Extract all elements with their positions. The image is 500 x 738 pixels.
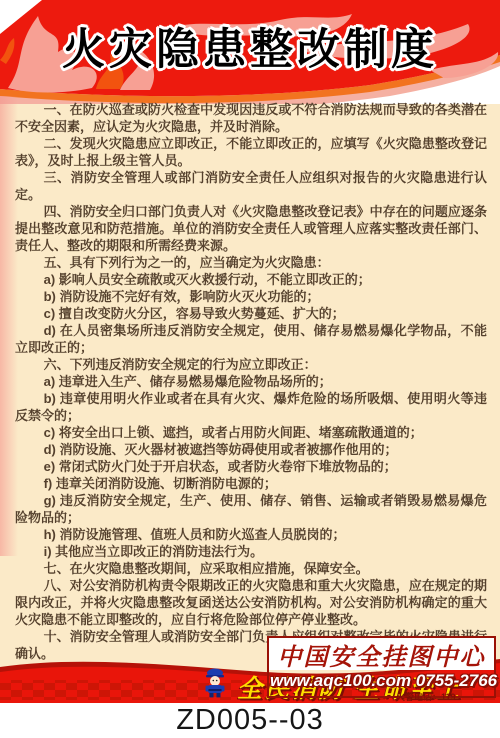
poster-paragraph: 一、在防火巡查或防火检查中发现因违反或不符合消防法规而导致的各类潜在不安全因素，…	[15, 101, 487, 135]
poster-paragraph: c) 擅自改变防火分区，容易导致火势蔓延、扩大的；	[15, 305, 487, 322]
regulation-text: 一、在防火巡查或防火检查中发现因违反或不符合消防法规而导致的各类潜在不安全因素，…	[0, 99, 500, 657]
poster-paragraph: 四、消防安全归口部门负责人对《火灾隐患整改登记表》中存在的问题应逐条提出整改意见…	[15, 203, 487, 254]
poster-paragraph: d) 在人员密集场所违反消防安全规定，使用、储存易燃易爆化学物品，不能立即改正的…	[15, 322, 487, 356]
poster-paragraph: h) 消防设施管理、值班人员和防火巡查人员脱岗的；	[15, 526, 487, 543]
header-banner: 火灾隐患整改制度	[0, 0, 500, 104]
fire-phone-number: 火警电话：119	[396, 690, 456, 703]
poster-paragraph: 八、对公安消防机构责令限期改正的火灾隐患和重大火灾隐患，应在规定的期限内改正，并…	[15, 577, 487, 628]
poster-paragraph: b) 违章使用明火作业或者在具有火灾、爆炸危险的场所吸烟、使用明火等违反禁令的；	[15, 390, 487, 424]
poster-paragraph: c) 将安全出口上锁、遮挡，或者占用防火间距、堵塞疏散通道的；	[15, 424, 487, 441]
watermark-header: 中国安全挂图中心	[269, 638, 494, 670]
poster-title: 火灾隐患整改制度	[0, 16, 500, 77]
poster-paragraph: 五、具有下列行为之一的，应当确定为火灾隐患：	[15, 254, 487, 271]
poster-paragraph: f) 违章关闭消防设施、切断消防电源的；	[15, 475, 487, 492]
watermark-contact: www.aqc100.com 0755-2766 8885	[270, 671, 500, 691]
poster-paragraph: b) 消防设施不完好有效，影响防火灭火功能的；	[15, 288, 487, 305]
poster-paragraph: g) 违反消防安全规定，生产、使用、储存、销售、运输或者销毁易燃易爆危险物品的；	[15, 492, 487, 526]
poster-paragraph: i) 其他应当立即改正的消防违法行为。	[15, 543, 487, 560]
poster-paragraph: d) 消防设施、灭火器材被遮挡等妨碍使用或者被挪作他用的；	[15, 441, 487, 458]
watermark-title: 中国安全挂图中心	[278, 637, 486, 672]
product-code: ZD005--03	[0, 703, 500, 738]
poster-paragraph: a) 影响人员安全疏散或灭火救援行动，不能立即改正的；	[15, 271, 487, 288]
poster-paragraph: 七、在火灾隐患整改期间，应采取相应措施，保障安全。	[15, 560, 487, 577]
fireman-mascot-icon	[204, 667, 226, 703]
poster-paragraph: 三、消防安全管理人或部门消防安全责任人应组织对报告的火灾隐患进行认定。	[15, 169, 487, 203]
poster-paragraph: 二、发现火灾隐患应立即改正，不能立即改正的，应填写《火灾隐患整改登记表》，及时上…	[15, 135, 487, 169]
poster-paragraph: e) 常闭式防火门处于开启状态，或者防火卷帘下堆放物品的；	[15, 458, 487, 475]
fire-safety-poster: 火灾隐患整改制度 一、在防火巡查或防火检查中发现因违反或不符合消防法规而导致的各…	[0, 0, 500, 703]
poster-paragraph: a) 违章进入生产、储存易燃易爆危险物品场所的；	[15, 373, 487, 390]
poster-paragraph: 六、下列违反消防安全规定的行为应立即改正：	[15, 356, 487, 373]
